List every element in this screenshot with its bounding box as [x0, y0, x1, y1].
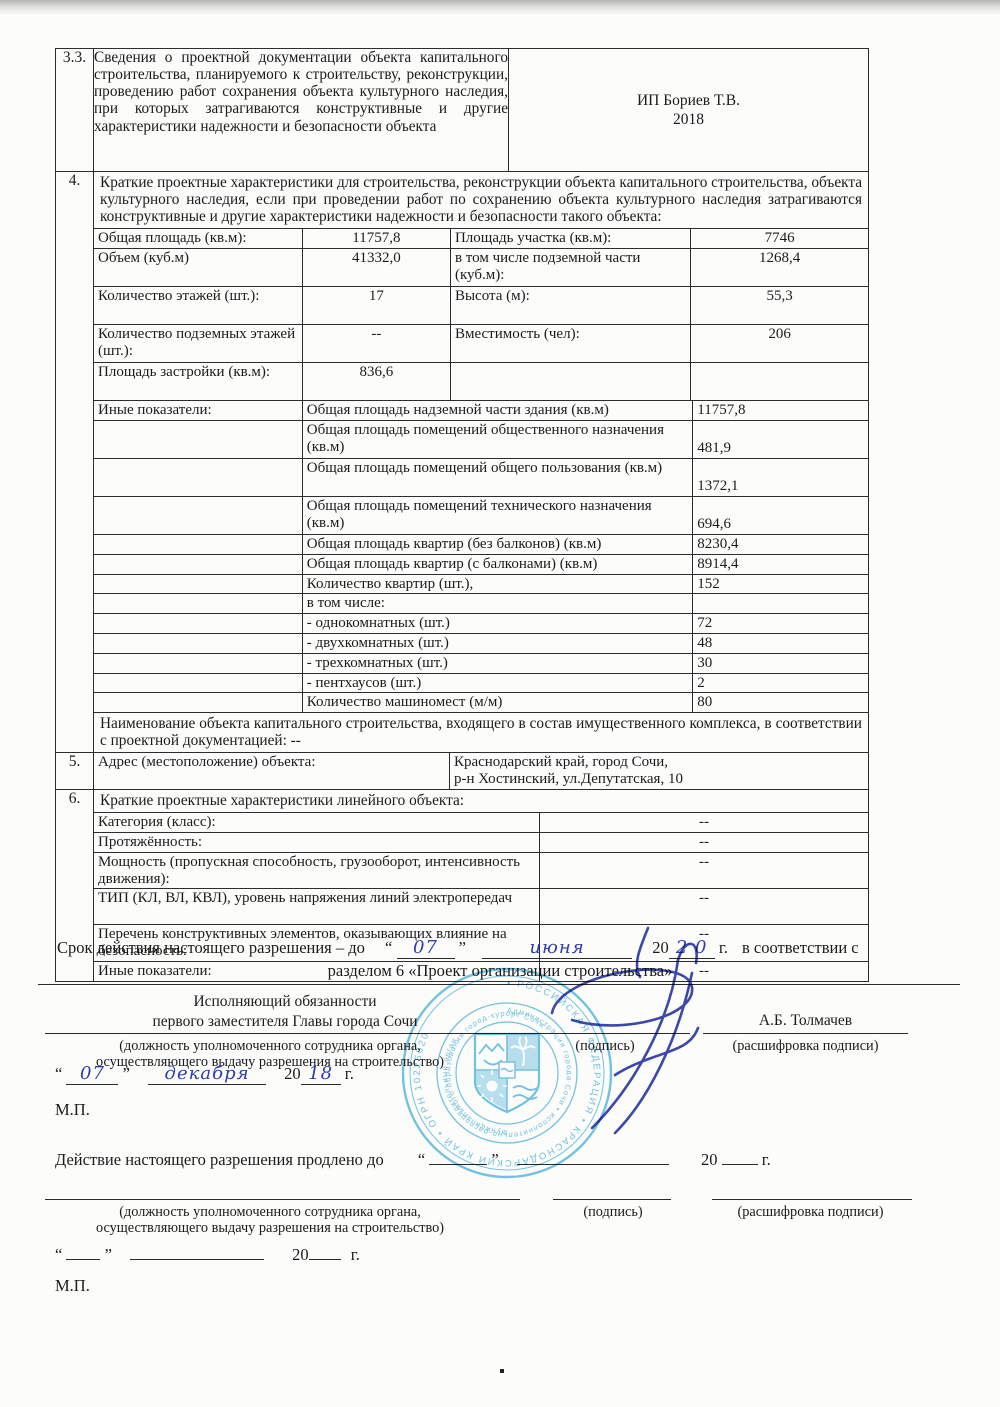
prolongation-text: Действие настоящего разрешения продлено … [55, 1150, 384, 1169]
metric-value [691, 363, 868, 401]
signature-line [45, 1180, 520, 1200]
table-row: Общая площадь квартир (с балконами) (кв.… [94, 554, 868, 574]
metric-value: 55,3 [691, 287, 868, 325]
metric-label: Категория (класс): [94, 813, 540, 832]
metric-value: 694,6 [693, 496, 868, 534]
table-row: Общая площадь квартир (без балконов) (кв… [94, 534, 868, 554]
metric-value: 30 [693, 653, 868, 673]
metric-value: -- [540, 889, 868, 925]
metric-label: Общая площадь квартир (с балконами) (кв.… [302, 554, 693, 574]
developer-name: ИП Бориев Т.В. [509, 91, 868, 110]
metric-label: - трехкомнатных (шт.) [302, 653, 693, 673]
metric-value: 11757,8 [302, 229, 450, 248]
empty-cell [94, 574, 302, 594]
complex-note: Наименование объекта капитального строит… [94, 712, 868, 752]
handwritten-year: 18 [301, 1065, 341, 1085]
metric-label: Количество квартир (шт.), [302, 574, 693, 594]
metric-label: Общая площадь квартир (без балконов) (кв… [302, 534, 693, 554]
table-row: Общая площадь помещений общего пользован… [94, 458, 868, 496]
quote-close: ” [491, 1150, 498, 1169]
characteristics-grid: Общая площадь (кв.м):11757,8Площадь учас… [94, 228, 868, 400]
table-row: Общая площадь помещений общественного на… [94, 420, 868, 458]
blank-day [429, 1145, 487, 1165]
metric-value: 8230,4 [693, 534, 868, 554]
metric-label: Общая площадь помещений общего пользован… [302, 458, 693, 496]
quote-open: “ [385, 938, 392, 957]
metric-label: Общая площадь помещений технического наз… [302, 496, 693, 534]
empty-cell [94, 420, 302, 458]
year-suffix: г. [345, 1064, 354, 1083]
stamp-place-label: М.П. [55, 1276, 90, 1296]
table-row: - однокомнатных (шт.)72 [94, 614, 868, 634]
validity-tail: в соответствии с [742, 938, 859, 957]
blank-year [722, 1145, 758, 1165]
metric-label: Общая площадь (кв.м): [94, 229, 302, 248]
table-row: Адрес (местоположение) объекта: Краснода… [94, 753, 868, 789]
address-line: р-н Хостинский, ул.Депутатская, 10 [454, 771, 864, 788]
address-label: Адрес (местоположение) объекта: [94, 753, 449, 789]
scanned-permit-page: 3.3. Сведения о проектной документации о… [0, 0, 1000, 1407]
quote-close: ” [459, 938, 466, 957]
metric-label: Площадь застройки (кв.м): [94, 363, 302, 401]
scan-edge-artifact [0, 0, 1000, 15]
year-suffix: г. [762, 1150, 771, 1169]
metric-value: 8914,4 [693, 554, 868, 574]
section5-content: Адрес (местоположение) объекта: Краснода… [94, 753, 869, 790]
empty-cell [94, 614, 302, 634]
name-caption: (расшифровка подписи) [698, 1038, 913, 1054]
metric-label: Мощность (пропускная способность, грузоо… [94, 852, 540, 889]
stamp-place-label: М.П. [55, 1100, 90, 1120]
table-row: Категория (класс):-- [94, 813, 868, 832]
divider-rule [38, 968, 960, 985]
metric-value: 11757,8 [693, 401, 868, 420]
metric-value: -- [540, 813, 868, 832]
caption-line: (должность уполномоченного сотрудника ор… [60, 1038, 480, 1054]
blank-month [130, 1240, 264, 1260]
table-row: Протяжённость:-- [94, 832, 868, 852]
metric-label: в том числе подземной части (куб.м): [450, 249, 690, 287]
signature-line [45, 1014, 690, 1034]
table-row: Количество этажей (шт.):17Высота (м):55,… [94, 287, 868, 325]
metric-value: 481,9 [693, 420, 868, 458]
metric-label [450, 363, 690, 401]
address-line: Краснодарский край, город Сочи, [454, 754, 864, 771]
empty-cell [94, 693, 302, 712]
empty-cell [94, 458, 302, 496]
other-indicators-grid: Иные показатели:Общая площадь надземной … [94, 400, 868, 712]
metric-label: Вместимость (чел): [450, 325, 690, 363]
validity-line: Срок действия настоящего разрешения – до… [57, 938, 967, 959]
metric-label: Высота (м): [450, 287, 690, 325]
caption-line: осуществляющего выдачу разрешения на стр… [60, 1220, 480, 1236]
metric-value: 80 [693, 693, 868, 712]
metric-value: 2 [693, 673, 868, 693]
metric-label: Общая площадь надземной части здания (кв… [302, 401, 693, 420]
permit-table: 3.3. Сведения о проектной документации о… [55, 48, 869, 982]
signature-line [553, 1180, 671, 1200]
table-row: - двухкомнатных (шт.)48 [94, 633, 868, 653]
table-row: 5. Адрес (местоположение) объекта: Красн… [56, 753, 869, 790]
year-printed: 20 [284, 1064, 301, 1083]
metric-value: -- [540, 832, 868, 852]
year-suffix: г. [351, 1245, 360, 1264]
metric-label: Количество этажей (шт.): [94, 287, 302, 325]
metric-label: Общая площадь помещений общественного на… [302, 420, 693, 458]
year-printed: 20 [292, 1245, 309, 1264]
year-suffix: г. [719, 938, 728, 957]
handwritten-day: 07 [397, 939, 455, 959]
project-docs-label: Сведения о проектной документации объект… [94, 49, 509, 172]
metric-value [693, 594, 868, 614]
quote-open: “ [418, 1150, 425, 1169]
metric-label: Объем (куб.м) [94, 249, 302, 287]
metric-label: ТИП (КЛ, ВЛ, КВЛ), уровень напряжения ли… [94, 889, 540, 925]
quote-open: “ [55, 1245, 62, 1264]
empty-cell [94, 534, 302, 554]
metric-value: -- [302, 325, 450, 363]
empty-cell [94, 554, 302, 574]
metric-value: -- [540, 852, 868, 889]
table-row: Объем (куб.м)41332,0в том числе подземно… [94, 249, 868, 287]
metric-label: Количество подземных этажей (шт.): [94, 325, 302, 363]
empty-cell [94, 653, 302, 673]
table-row: 4. Краткие проектные характеристики для … [56, 172, 869, 753]
table-row: Количество подземных этажей (шт.):--Вмес… [94, 325, 868, 363]
validity-prefix: Срок действия настоящего разрешения – до [57, 938, 365, 957]
role-line: Исполняющий обязанности [55, 992, 515, 1012]
row-number: 5. [56, 753, 94, 790]
role-caption: (должность уполномоченного сотрудника ор… [60, 1204, 480, 1237]
year-printed: 20 [701, 1150, 718, 1169]
signature-caption: (подпись) [545, 1038, 665, 1054]
metric-label: - однокомнатных (шт.) [302, 614, 693, 634]
issue-date-line: “ 07 ” декабря 2018 г. [55, 1064, 354, 1085]
handwritten-month: декабря [148, 1065, 266, 1085]
metric-label: в том числе: [302, 594, 693, 614]
signature-line [712, 1180, 912, 1200]
blank-date-line: “ ” 20 г. [55, 1240, 360, 1265]
metric-label: Протяжённость: [94, 832, 540, 852]
handwritten-year: 2 0 [669, 939, 715, 959]
name-caption: (расшифровка подписи) [703, 1204, 918, 1220]
section4-content: Краткие проектные характеристики для стр… [94, 172, 869, 753]
table-row: Общая площадь помещений технического наз… [94, 496, 868, 534]
table-row: в том числе: [94, 594, 868, 614]
metric-value: 72 [693, 614, 868, 634]
metric-value: 7746 [691, 229, 868, 248]
table-row: - трехкомнатных (шт.)30 [94, 653, 868, 673]
empty-cell [94, 633, 302, 653]
empty-cell [94, 594, 302, 614]
empty-cell [94, 496, 302, 534]
signature-caption: (подпись) [553, 1204, 673, 1220]
empty-cell [94, 673, 302, 693]
prolongation-line: Действие настоящего разрешения продлено … [55, 1145, 771, 1170]
blank-month [517, 1145, 669, 1165]
table-row: Количество машиномест (м/м)80 [94, 693, 868, 712]
metric-value: 48 [693, 633, 868, 653]
row-number: 4. [56, 172, 94, 753]
metric-value: 17 [302, 287, 450, 325]
metric-value: 1268,4 [691, 249, 868, 287]
row-number: 3.3. [56, 49, 94, 172]
year-printed: 20 [652, 938, 669, 957]
handwritten-month: июня [482, 939, 632, 959]
other-indicators-label: Иные показатели: [94, 401, 302, 420]
metric-value: 1372,1 [693, 458, 868, 496]
table-row: Мощность (пропускная способность, грузоо… [94, 852, 868, 889]
metric-label: Количество машиномест (м/м) [302, 693, 693, 712]
quote-close: ” [123, 1064, 130, 1083]
table-row: Иные показатели:Общая площадь надземной … [94, 401, 868, 420]
metric-value: 206 [691, 325, 868, 363]
blank-day [66, 1240, 100, 1260]
scan-speck [500, 1369, 504, 1373]
table-row: Общая площадь (кв.м):11757,8Площадь учас… [94, 229, 868, 248]
table-row: Площадь застройки (кв.м):836,6 [94, 363, 868, 401]
address-value: Краснодарский край, город Сочи, р-н Хост… [449, 753, 868, 789]
quote-open: “ [55, 1064, 62, 1083]
metric-label: - двухкомнатных (шт.) [302, 633, 693, 653]
caption-line: (должность уполномоченного сотрудника ор… [60, 1204, 480, 1220]
linear-object-header: Краткие проектные характеристики линейно… [94, 790, 868, 812]
section4-intro: Краткие проектные характеристики для стр… [94, 172, 868, 228]
metric-value: 152 [693, 574, 868, 594]
metric-label: Площадь участка (кв.м): [450, 229, 690, 248]
quote-close: ” [105, 1245, 112, 1264]
table-row: Количество квартир (шт.),152 [94, 574, 868, 594]
handwritten-day: 07 [66, 1065, 118, 1085]
table-row: ТИП (КЛ, ВЛ, КВЛ), уровень напряжения ли… [94, 889, 868, 925]
table-row: - пентхаусов (шт.)2 [94, 673, 868, 693]
metric-label: - пентхаусов (шт.) [302, 673, 693, 693]
metric-value: 41332,0 [302, 249, 450, 287]
project-docs-value: ИП Бориев Т.В. 2018 [509, 49, 869, 172]
metric-value: 836,6 [302, 363, 450, 401]
table-row: 3.3. Сведения о проектной документации о… [56, 49, 869, 172]
coat-of-arms-sochi [475, 1034, 539, 1112]
blank-year [309, 1240, 341, 1260]
developer-year: 2018 [509, 110, 868, 129]
signature-line [703, 1014, 908, 1034]
